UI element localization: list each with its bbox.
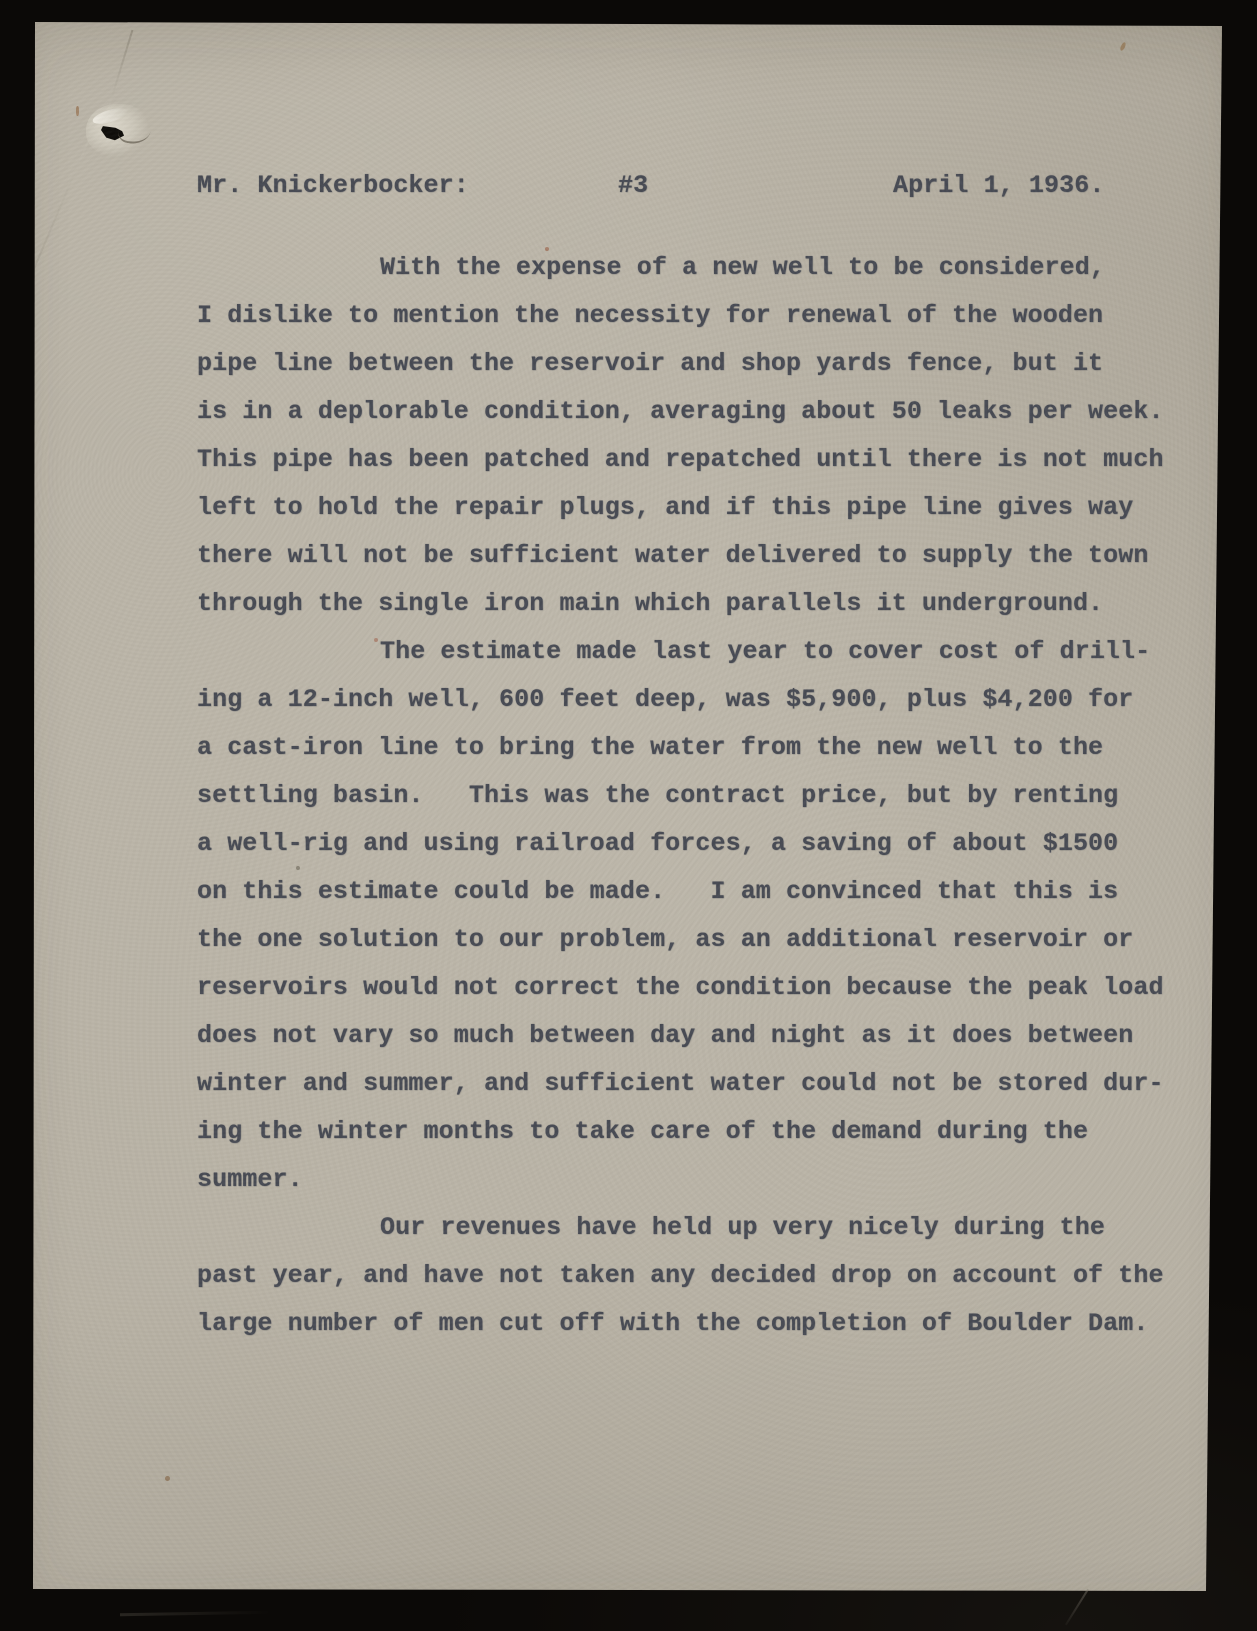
letter-text: Mr. Knickerbocker: #3 April 1, 1936. Wit… [0, 0, 1257, 1631]
letter-header: Mr. Knickerbocker: #3 April 1, 1936. [197, 162, 1177, 210]
letter-body: With the expense of a new well to be con… [197, 244, 1207, 1348]
paragraph-pipe-line: With the expense of a new well to be con… [197, 244, 1207, 628]
mat-scratch [1065, 1589, 1089, 1626]
paragraph-well-estimate: The estimate made last year to cover cos… [197, 628, 1207, 1204]
letter-page: Mr. Knickerbocker: #3 April 1, 1936. Wit… [0, 0, 1257, 1631]
page-number: #3 [618, 162, 648, 210]
mat-scratch [120, 1611, 270, 1617]
paragraph-revenues: Our revenues have held up very nicely du… [197, 1204, 1207, 1348]
recipient-line: Mr. Knickerbocker: [197, 162, 469, 210]
date-line: April 1, 1936. [893, 162, 1104, 210]
scanned-letter: Mr. Knickerbocker: #3 April 1, 1936. Wit… [0, 0, 1257, 1631]
